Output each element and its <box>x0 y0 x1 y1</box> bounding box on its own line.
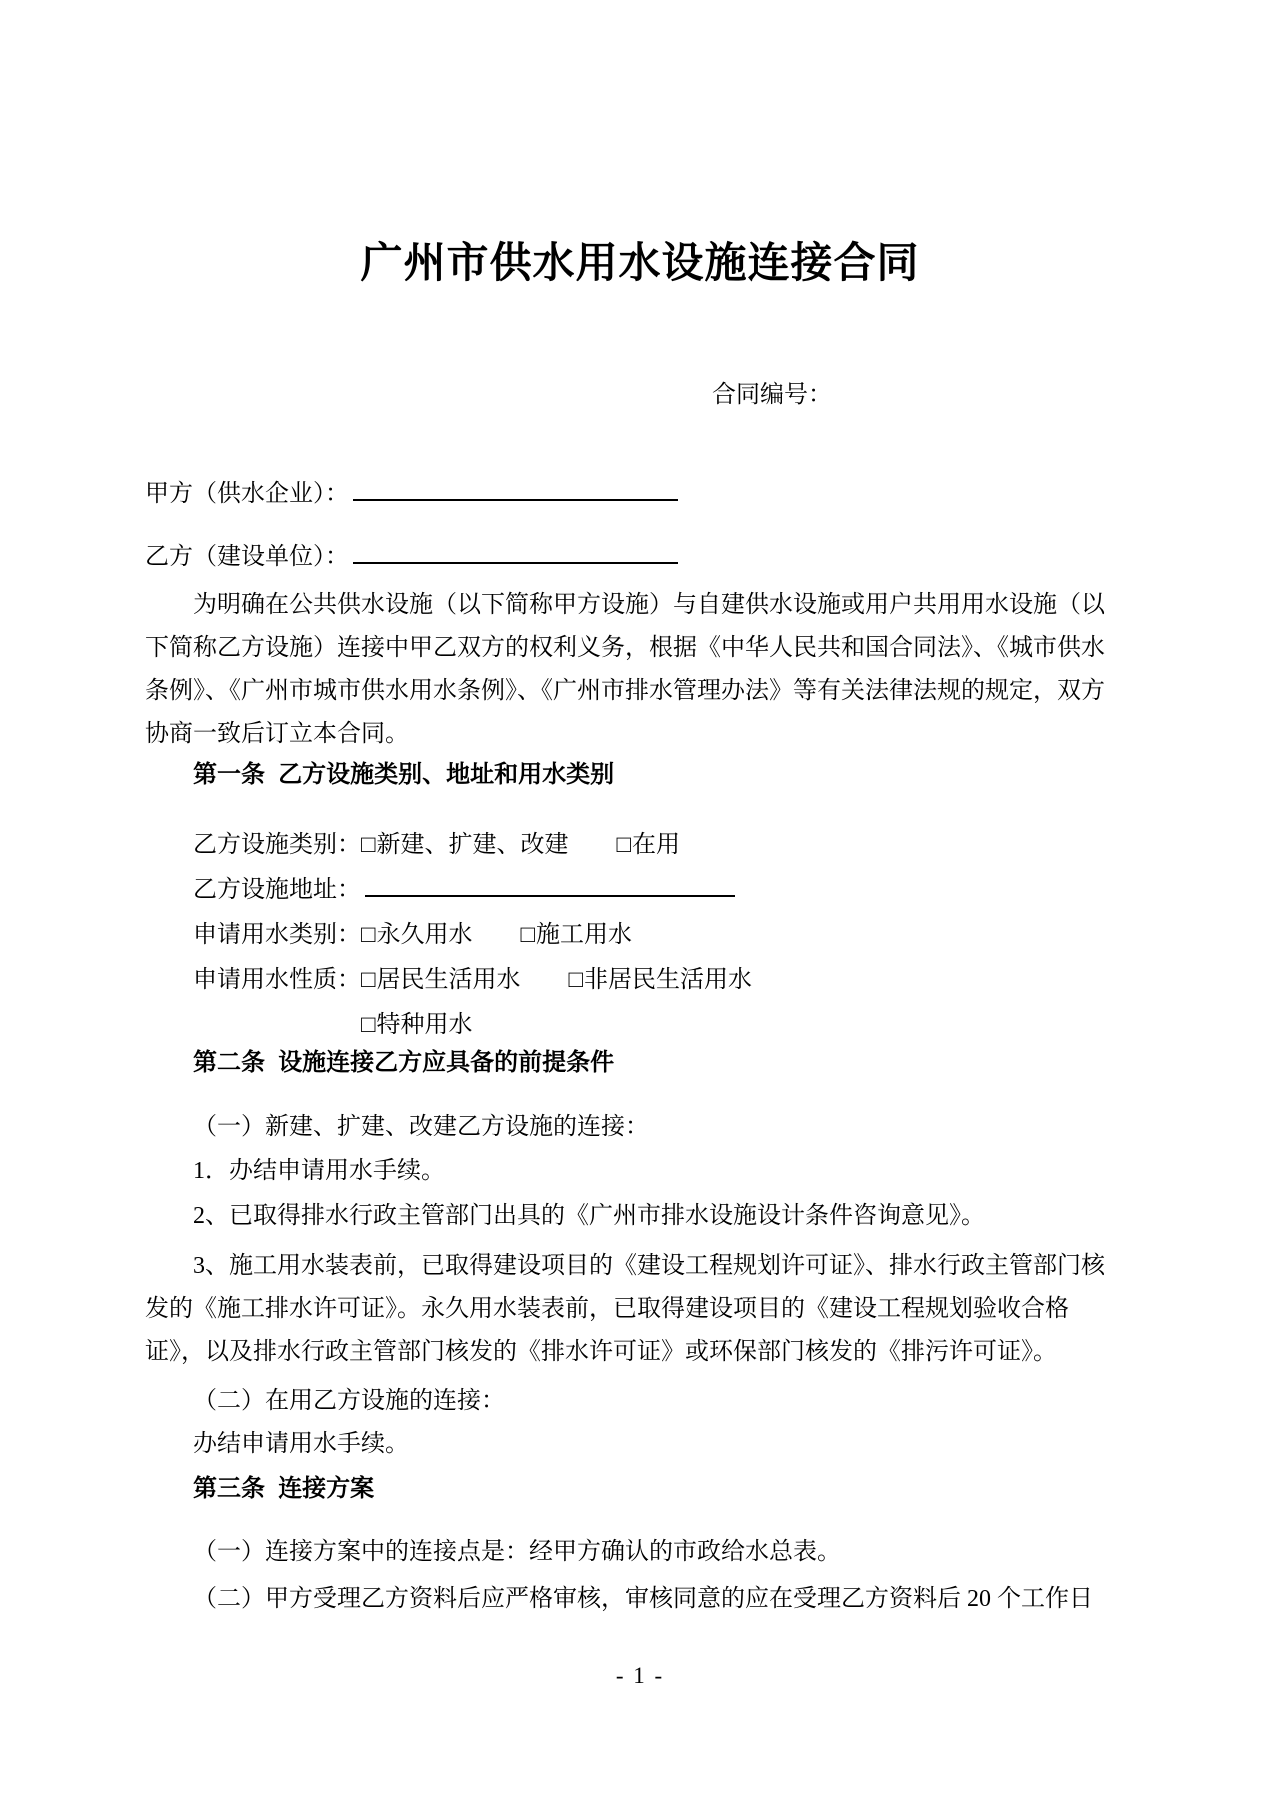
checkbox-icon[interactable]: □ <box>569 967 584 993</box>
contract-number-line: 合同编号： <box>145 378 1135 410</box>
option-permanent-water-label: 永久用水 <box>377 922 473 948</box>
preamble-paragraph: 为明确在公共供水设施（以下简称甲方设施）与自建供水设施或用户共用用水设施（以 下… <box>145 584 1135 756</box>
option-special-water-label: 特种用水 <box>377 1012 473 1038</box>
checkbox-icon[interactable]: □ <box>361 967 376 993</box>
checkbox-icon[interactable]: □ <box>361 832 376 858</box>
contract-page: 广州市供水用水设施连接合同 合同编号： 甲方（供水企业）： 乙方（建设单位）： … <box>0 0 1280 1810</box>
water-nature-label: 申请用水性质： <box>193 967 361 993</box>
checkbox-icon[interactable]: □ <box>617 832 632 858</box>
article1-heading: 第一条乙方设施类别、地址和用水类别 <box>145 760 1135 790</box>
page-number: - 1 - <box>145 1662 1135 1690</box>
article2-item1-sub3: 3、施工用水装表前，已取得建设项目的《建设工程规划许可证》、排水行政主管部门核 … <box>145 1245 1135 1374</box>
contract-number-label: 合同编号： <box>712 382 832 408</box>
water-nature-special-line: □特种用水 <box>145 1003 1135 1048</box>
option-construction-water-label: 施工用水 <box>536 922 632 948</box>
option-non-residential-water-label: 非居民生活用水 <box>584 967 752 993</box>
article2-item1-heading: （一）新建、扩建、改建乙方设施的连接： <box>145 1112 1135 1142</box>
checkbox-icon[interactable]: □ <box>361 922 376 948</box>
party-b-label: 乙方（建设单位）： <box>145 544 349 570</box>
option-non-residential-water[interactable]: □非居民生活用水 <box>569 967 753 993</box>
facility-address-input-blank[interactable] <box>365 870 735 897</box>
facility-category-line: 乙方设施类别：□新建、扩建、改建□在用 <box>145 823 1135 868</box>
article2-item2-body: 办结申请用水手续。 <box>145 1429 1135 1459</box>
party-a-input-blank[interactable] <box>353 474 678 501</box>
option-new-expand-rebuild[interactable]: □新建、扩建、改建 <box>361 832 569 858</box>
article1-number: 第一条 <box>193 762 265 788</box>
option-in-use[interactable]: □在用 <box>617 832 681 858</box>
water-category-label: 申请用水类别： <box>193 922 361 948</box>
article2-title: 设施连接乙方应具备的前提条件 <box>278 1050 614 1076</box>
option-new-expand-rebuild-label: 新建、扩建、改建 <box>377 832 569 858</box>
article3-item2: （二）甲方受理乙方资料后应严格审核，审核同意的应在受理乙方资料后 20 个工作日 <box>145 1584 1135 1614</box>
option-in-use-label: 在用 <box>632 832 680 858</box>
party-a-line: 甲方（供水企业）： <box>145 474 1135 509</box>
option-residential-water-label: 居民生活用水 <box>377 967 521 993</box>
option-special-water[interactable]: □特种用水 <box>361 1012 473 1038</box>
option-construction-water[interactable]: □施工用水 <box>521 922 633 948</box>
article2-item1-sub1: 1．办结申请用水手续。 <box>145 1156 1135 1186</box>
party-b-input-blank[interactable] <box>353 537 678 564</box>
water-nature-line: 申请用水性质：□居民生活用水□非居民生活用水 <box>145 958 1135 1003</box>
facility-address-label: 乙方设施地址： <box>193 877 361 903</box>
article3-title: 连接方案 <box>278 1476 374 1502</box>
article3-number: 第三条 <box>193 1476 265 1502</box>
article1-form-block: 乙方设施类别：□新建、扩建、改建□在用 乙方设施地址： 申请用水类别：□永久用水… <box>145 823 1135 1048</box>
option-residential-water[interactable]: □居民生活用水 <box>361 967 521 993</box>
article1-title: 乙方设施类别、地址和用水类别 <box>278 762 614 788</box>
article2-item2-heading: （二）在用乙方设施的连接： <box>145 1386 1135 1416</box>
option-permanent-water[interactable]: □永久用水 <box>361 922 473 948</box>
facility-address-line: 乙方设施地址： <box>145 868 1135 913</box>
checkbox-icon[interactable]: □ <box>521 922 536 948</box>
water-category-line: 申请用水类别：□永久用水□施工用水 <box>145 913 1135 958</box>
article2-number: 第二条 <box>193 1050 265 1076</box>
article3-heading: 第三条连接方案 <box>145 1474 1135 1504</box>
facility-category-label: 乙方设施类别： <box>193 832 361 858</box>
article3-item1: （一）连接方案中的连接点是：经甲方确认的市政给水总表。 <box>145 1537 1135 1567</box>
contract-number-field[interactable] <box>832 378 962 402</box>
article2-heading: 第二条设施连接乙方应具备的前提条件 <box>145 1048 1135 1078</box>
document-title: 广州市供水用水设施连接合同 <box>145 240 1135 288</box>
party-b-line: 乙方（建设单位）： <box>145 537 1135 572</box>
article2-item1-sub2: 2、已取得排水行政主管部门出具的《广州市排水设施设计条件咨询意见》。 <box>145 1201 1135 1231</box>
checkbox-icon[interactable]: □ <box>361 1012 376 1038</box>
party-a-label: 甲方（供水企业）： <box>145 481 349 507</box>
